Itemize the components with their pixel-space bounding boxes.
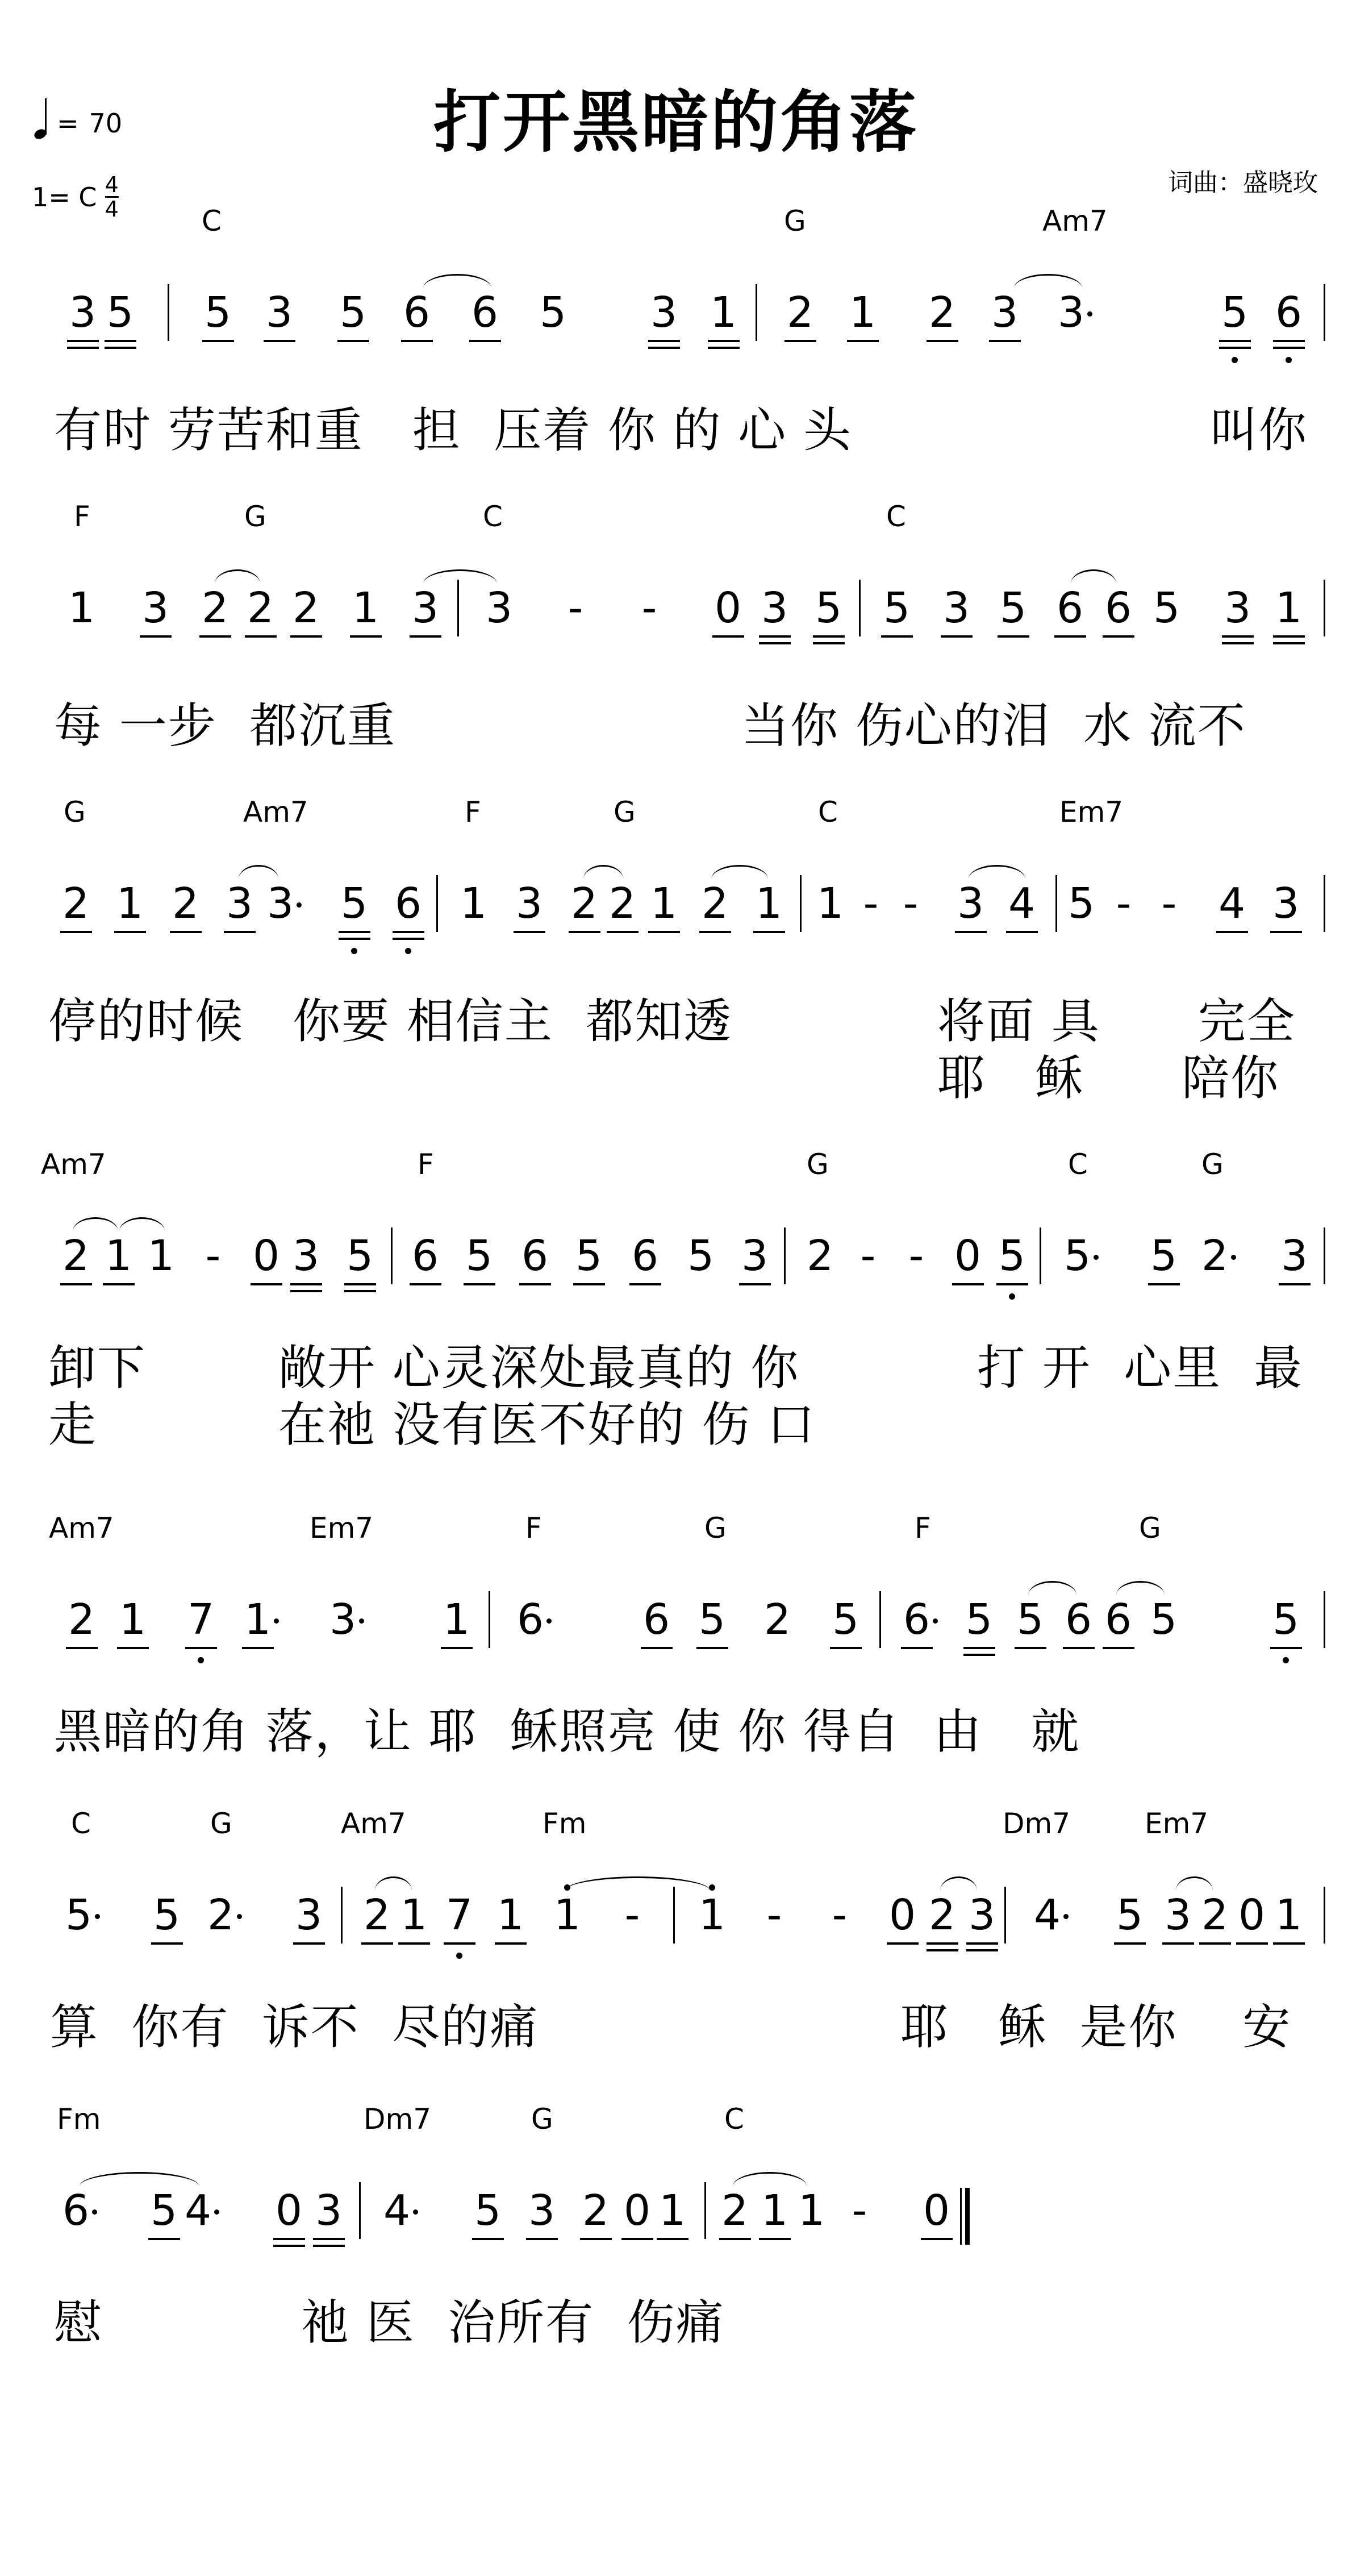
note: 5 <box>1064 1233 1090 1279</box>
augmentation-dot <box>297 902 302 908</box>
underline <box>290 1283 322 1285</box>
time-signature-top: 4 <box>105 173 119 196</box>
underline <box>242 1647 274 1649</box>
barline <box>1324 284 1325 341</box>
tempo-value: 70 <box>89 108 123 139</box>
score-system: Am7FGCG211-03565656532--055523卸下敞开 心灵深处最… <box>0 1148 1352 1421</box>
chord-symbol: C <box>483 500 503 533</box>
underline <box>901 1647 933 1649</box>
underline <box>350 635 382 638</box>
note: 5 <box>1150 1597 1176 1642</box>
barline <box>1324 1591 1325 1648</box>
chord-symbol: G <box>1201 1148 1224 1181</box>
note: 6 <box>1105 1597 1131 1642</box>
underline <box>464 1283 495 1285</box>
dash: - <box>562 585 589 631</box>
underline <box>1279 1283 1311 1285</box>
note: 5 <box>1221 290 1247 335</box>
note: 5 <box>347 1233 373 1279</box>
underline <box>813 642 845 644</box>
note: 2 <box>929 290 955 335</box>
underline <box>1162 1942 1194 1945</box>
note: 1 <box>68 585 94 631</box>
underline <box>708 340 740 342</box>
note: 0 <box>1238 1892 1265 1938</box>
note: 6 <box>517 1597 543 1642</box>
underline <box>1063 1647 1095 1649</box>
barline <box>1324 580 1325 636</box>
low-octave-dot <box>405 948 411 954</box>
underline <box>569 931 600 933</box>
dash: - <box>636 585 662 631</box>
barline <box>1324 1227 1325 1284</box>
underline <box>759 635 791 638</box>
dash: - <box>855 1233 881 1279</box>
note: 0 <box>954 1233 980 1279</box>
note: 0 <box>715 585 741 631</box>
note: 5 <box>1150 1233 1176 1279</box>
underline <box>1273 340 1305 342</box>
tie-slur <box>375 1876 412 1891</box>
note: 5 <box>999 1233 1025 1279</box>
chord-symbol: F <box>418 1148 434 1181</box>
augmentation-dot <box>1063 1914 1069 1919</box>
underline <box>648 931 680 933</box>
underline <box>202 340 234 342</box>
dash: - <box>903 1233 929 1279</box>
underline <box>337 340 369 342</box>
lyric-line: 停的时候 你要 相信主 都知透 <box>48 983 732 1052</box>
chord-symbol: Em7 <box>1059 796 1123 829</box>
chord-symbol: F <box>74 500 90 533</box>
note: 2 <box>702 881 728 926</box>
underline <box>629 1283 661 1285</box>
underline <box>621 2238 653 2240</box>
underline <box>290 1290 322 1292</box>
note: 3 <box>226 881 252 926</box>
note: 3 <box>295 1892 322 1938</box>
underline <box>927 340 958 342</box>
note: 5 <box>205 290 231 335</box>
note: 5 <box>1116 1892 1142 1938</box>
underline <box>699 931 731 933</box>
underline <box>469 340 501 342</box>
underline <box>339 938 370 940</box>
underline <box>361 1942 393 1945</box>
song-title: 打开黑暗的角落 <box>0 68 1352 165</box>
tie-slur <box>423 274 491 288</box>
chord-symbol: G <box>784 205 806 238</box>
underline <box>105 340 136 342</box>
underline <box>1273 635 1305 638</box>
underline <box>185 1647 217 1649</box>
underline <box>708 347 740 349</box>
note: 2 <box>62 881 89 926</box>
note: 1 <box>443 1597 469 1642</box>
barline <box>436 875 438 932</box>
underline <box>441 1647 473 1649</box>
note: 1 <box>460 881 486 926</box>
note: 6 <box>1275 290 1301 335</box>
underline <box>148 2238 180 2240</box>
underline <box>293 1942 325 1945</box>
underline <box>847 340 879 342</box>
underline <box>1219 340 1251 342</box>
note: 3 <box>142 585 168 631</box>
note: 6 <box>1057 585 1083 631</box>
underline <box>67 347 99 349</box>
underline <box>1015 1647 1046 1649</box>
note: 3 <box>650 290 677 335</box>
note: 3 <box>943 585 969 631</box>
note: 1 <box>119 1597 145 1642</box>
note: 5 <box>699 1597 725 1642</box>
barline <box>489 1591 490 1648</box>
quarter-note-icon <box>34 98 47 139</box>
note: 2 <box>364 1892 390 1938</box>
underline <box>273 2245 305 2247</box>
underline <box>67 340 99 342</box>
tie-slur <box>940 1876 977 1891</box>
note: 1 <box>756 881 782 926</box>
tie-slur <box>1028 1581 1076 1595</box>
note: 1 <box>116 881 143 926</box>
underline <box>573 1283 605 1285</box>
note: 1 <box>710 290 736 335</box>
augmentation-dot <box>214 2209 219 2215</box>
tie-slur <box>215 569 260 584</box>
chord-symbol: G <box>64 796 86 829</box>
note: 1 <box>798 2188 824 2233</box>
chord-symbol: Fm <box>57 2103 101 2136</box>
tie-slur <box>583 865 623 879</box>
low-octave-dot <box>1286 357 1292 363</box>
note: 6 <box>903 1597 929 1642</box>
note: 1 <box>849 290 875 335</box>
underline <box>103 1283 135 1285</box>
note: 5 <box>540 290 566 335</box>
note: 1 <box>554 1892 580 1938</box>
note: 0 <box>276 2188 302 2233</box>
underline <box>313 2245 345 2247</box>
barline <box>756 284 757 341</box>
note: 3 <box>761 585 787 631</box>
chord-symbol: C <box>1068 1148 1088 1181</box>
tie-slur <box>1014 274 1082 288</box>
underline <box>1273 1942 1305 1945</box>
dash: - <box>846 2188 873 2233</box>
underline <box>60 1283 92 1285</box>
underline <box>344 1283 376 1285</box>
underline <box>966 1949 998 1951</box>
note: 3 <box>266 290 292 335</box>
note: 6 <box>521 1233 548 1279</box>
lyric-line: 祂 医 治所有 伤痛 <box>301 2284 725 2353</box>
underline <box>398 1942 430 1945</box>
score-system: CGAm7FmDm7Em7552321711-1--023453201算 你有 … <box>0 1807 1352 2080</box>
chord-symbol: C <box>71 1807 91 1840</box>
underline <box>955 931 987 933</box>
tie-slur <box>119 1217 165 1231</box>
tie-slur <box>423 569 497 584</box>
note: 6 <box>632 1233 658 1279</box>
tie-slur <box>80 2172 199 2186</box>
note: 5 <box>466 1233 492 1279</box>
underline <box>444 1942 475 1945</box>
chord-symbol: G <box>1139 1512 1161 1545</box>
underline <box>526 2238 558 2240</box>
augmentation-dot <box>95 1914 100 1919</box>
dash: - <box>619 1892 645 1938</box>
score-system: FGCC13222133--03553566531每 一步 都沉重当你 伤心的泪… <box>0 500 1352 773</box>
augmentation-dot <box>413 2209 418 2215</box>
underline <box>1270 931 1302 933</box>
underline <box>759 642 791 644</box>
note: 5 <box>1017 1597 1043 1642</box>
underline <box>472 2238 504 2240</box>
underline <box>401 340 433 342</box>
lyric-line: 当你 伤心的泪 水 流不 <box>741 688 1246 756</box>
low-octave-dot <box>1283 1657 1289 1663</box>
underline <box>117 1647 149 1649</box>
note: 2 <box>62 1233 89 1279</box>
chord-symbol: Em7 <box>1145 1807 1208 1840</box>
chord-symbol: G <box>531 2103 553 2136</box>
underline <box>273 2238 305 2240</box>
note: 5 <box>1153 585 1179 631</box>
underline <box>941 635 973 638</box>
underline <box>927 1949 958 1951</box>
lyric-line: 黑暗的角 落，让 耶 稣照亮 使 你 得自 由 就 <box>54 1693 1080 1762</box>
underline <box>105 347 136 349</box>
low-octave-dot <box>351 948 357 954</box>
note: 2 <box>582 2188 608 2233</box>
note: 1 <box>105 1233 131 1279</box>
underline <box>927 1942 958 1945</box>
underline <box>921 2238 953 2240</box>
score-system: CGAm735535665312123356有时 劳苦和重 担 压着 你 的 心… <box>0 205 1352 477</box>
augmentation-dot <box>274 1618 279 1624</box>
chord-symbol: G <box>614 796 636 829</box>
dash: - <box>200 1233 226 1279</box>
note: 4 <box>1008 881 1034 926</box>
barline <box>879 1591 881 1648</box>
note: 5 <box>687 1233 713 1279</box>
barline <box>341 1887 343 1944</box>
note: 7 <box>187 1597 214 1642</box>
low-octave-dot <box>456 1953 462 1959</box>
lyric-line: 叫你 <box>1210 392 1308 461</box>
augmentation-dot <box>546 1618 552 1624</box>
note: 4 <box>1219 881 1245 926</box>
note: 1 <box>817 881 843 926</box>
note: 7 <box>446 1892 472 1938</box>
lyric-line: 在祂 没有医不好的 伤 口 <box>278 1387 816 1455</box>
note: 1 <box>352 585 378 631</box>
low-octave-dot <box>198 1657 204 1663</box>
underline <box>1222 642 1254 644</box>
lyric-line: 走 <box>48 1387 97 1455</box>
note: 1 <box>659 2188 685 2233</box>
note: 5 <box>1068 881 1094 926</box>
chord-symbol: Em7 <box>310 1512 373 1545</box>
underline <box>696 1647 728 1649</box>
underline <box>170 931 202 933</box>
underline <box>607 931 639 933</box>
note: 3 <box>69 290 95 335</box>
chord-symbol: Am7 <box>49 1512 114 1545</box>
barline <box>457 580 459 636</box>
dash: - <box>761 1892 787 1938</box>
underline <box>1114 1942 1146 1945</box>
underline <box>963 1654 995 1656</box>
note: 5 <box>151 2188 177 2233</box>
underline <box>1270 1647 1302 1649</box>
chord-symbol: Am7 <box>243 796 308 829</box>
underline <box>199 635 231 638</box>
note: 3 <box>516 881 542 926</box>
underline <box>881 635 913 638</box>
underline <box>1216 931 1248 933</box>
underline <box>1273 642 1305 644</box>
underline <box>648 340 680 342</box>
note: 6 <box>1065 1597 1091 1642</box>
chord-symbol: G <box>704 1512 727 1545</box>
low-octave-dot <box>1009 1293 1015 1300</box>
low-octave-dot <box>1232 357 1238 363</box>
note: 3 <box>267 881 293 926</box>
underline <box>998 635 1029 638</box>
note: 3 <box>315 2188 341 2233</box>
tie-slur <box>733 2172 807 2186</box>
note: 1 <box>400 1892 427 1938</box>
chord-symbol: C <box>886 500 906 533</box>
underline <box>251 1283 282 1285</box>
note: 1 <box>1275 585 1301 631</box>
underline <box>495 1942 527 1945</box>
tie-slur <box>969 865 1025 879</box>
augmentation-dot <box>1087 311 1092 317</box>
note: 5 <box>107 290 133 335</box>
chord-symbol: Dm7 <box>1003 1807 1070 1840</box>
chord-symbol: F <box>525 1512 542 1545</box>
note: 5 <box>1272 1597 1299 1642</box>
dash: - <box>858 881 884 926</box>
augmentation-dot <box>92 2209 97 2215</box>
underline <box>996 1283 1028 1285</box>
tie-slur <box>1116 1581 1165 1595</box>
underline <box>641 1647 673 1649</box>
underline <box>140 635 172 638</box>
note: 4 <box>1034 1892 1060 1938</box>
note: 5 <box>883 585 909 631</box>
note: 3 <box>991 290 1017 335</box>
tie-slur <box>1071 569 1116 584</box>
note: 2 <box>1201 1233 1228 1279</box>
underline <box>60 931 92 933</box>
note: 1 <box>699 1892 725 1938</box>
underline <box>339 931 370 933</box>
barline <box>1055 875 1057 932</box>
note: 1 <box>244 1597 270 1642</box>
note: 0 <box>889 1892 915 1938</box>
note: 2 <box>172 881 198 926</box>
barline <box>359 2182 361 2239</box>
note: 2 <box>293 585 319 631</box>
underline <box>759 2238 791 2240</box>
tie-slur <box>565 1876 710 1891</box>
underline <box>1273 347 1305 349</box>
tie-slur <box>239 865 278 879</box>
final-barline <box>960 2188 970 2245</box>
underline <box>151 1942 183 1945</box>
note: 3 <box>1281 1233 1307 1279</box>
note: 2 <box>571 881 597 926</box>
underline <box>648 347 680 349</box>
note: 2 <box>929 1892 955 1938</box>
note: 6 <box>62 2188 89 2233</box>
note: 1 <box>497 1892 523 1938</box>
chord-symbol: Am7 <box>341 1807 406 1840</box>
chord-symbol: G <box>244 500 266 533</box>
underline <box>963 1647 995 1649</box>
chord-symbol: F <box>915 1512 931 1545</box>
barline <box>859 580 861 636</box>
note: 5 <box>1000 585 1026 631</box>
note: 3 <box>1224 585 1250 631</box>
underline <box>519 1283 551 1285</box>
underline <box>393 938 424 940</box>
augmentation-dot <box>1094 1255 1099 1260</box>
underline <box>1199 1942 1231 1945</box>
credits: 词曲：盛晓玫 <box>1168 162 1318 198</box>
chord-symbol: C <box>818 796 838 829</box>
lyric-line: 耶 稣 陪你 <box>937 1040 1279 1109</box>
underline <box>813 635 845 638</box>
barline <box>704 2182 706 2239</box>
augmentation-dot <box>237 1914 242 1919</box>
dash: - <box>1111 881 1137 926</box>
chord-symbol: Fm <box>543 1807 586 1840</box>
underline <box>785 340 816 342</box>
underline <box>952 1283 984 1285</box>
underline <box>393 931 424 933</box>
note: 3 <box>1058 290 1084 335</box>
note: 1 <box>1275 1892 1301 1938</box>
note: 3 <box>329 1597 356 1642</box>
note: 2 <box>1201 1892 1228 1938</box>
lyric-line: 算 你有 诉不 尽的痛 <box>50 1989 539 2058</box>
chord-symbol: F <box>465 796 481 829</box>
note: 6 <box>1105 585 1131 631</box>
note: 5 <box>575 1233 602 1279</box>
lyric-line: 慰 <box>54 2284 103 2353</box>
underline <box>753 931 785 933</box>
underline <box>410 635 441 638</box>
note: 2 <box>787 290 813 335</box>
underline <box>66 1647 98 1649</box>
note: 3 <box>1165 1892 1191 1938</box>
note: 3 <box>957 881 983 926</box>
note: 1 <box>761 2188 787 2233</box>
underline <box>1148 1283 1180 1285</box>
note: 0 <box>624 2188 650 2233</box>
lyric-line: 打 开 心里 最 <box>977 1330 1303 1399</box>
underline <box>1236 1942 1268 1945</box>
barline <box>784 1227 786 1284</box>
chord-symbol: G <box>210 1807 232 1840</box>
underline <box>657 2238 688 2240</box>
